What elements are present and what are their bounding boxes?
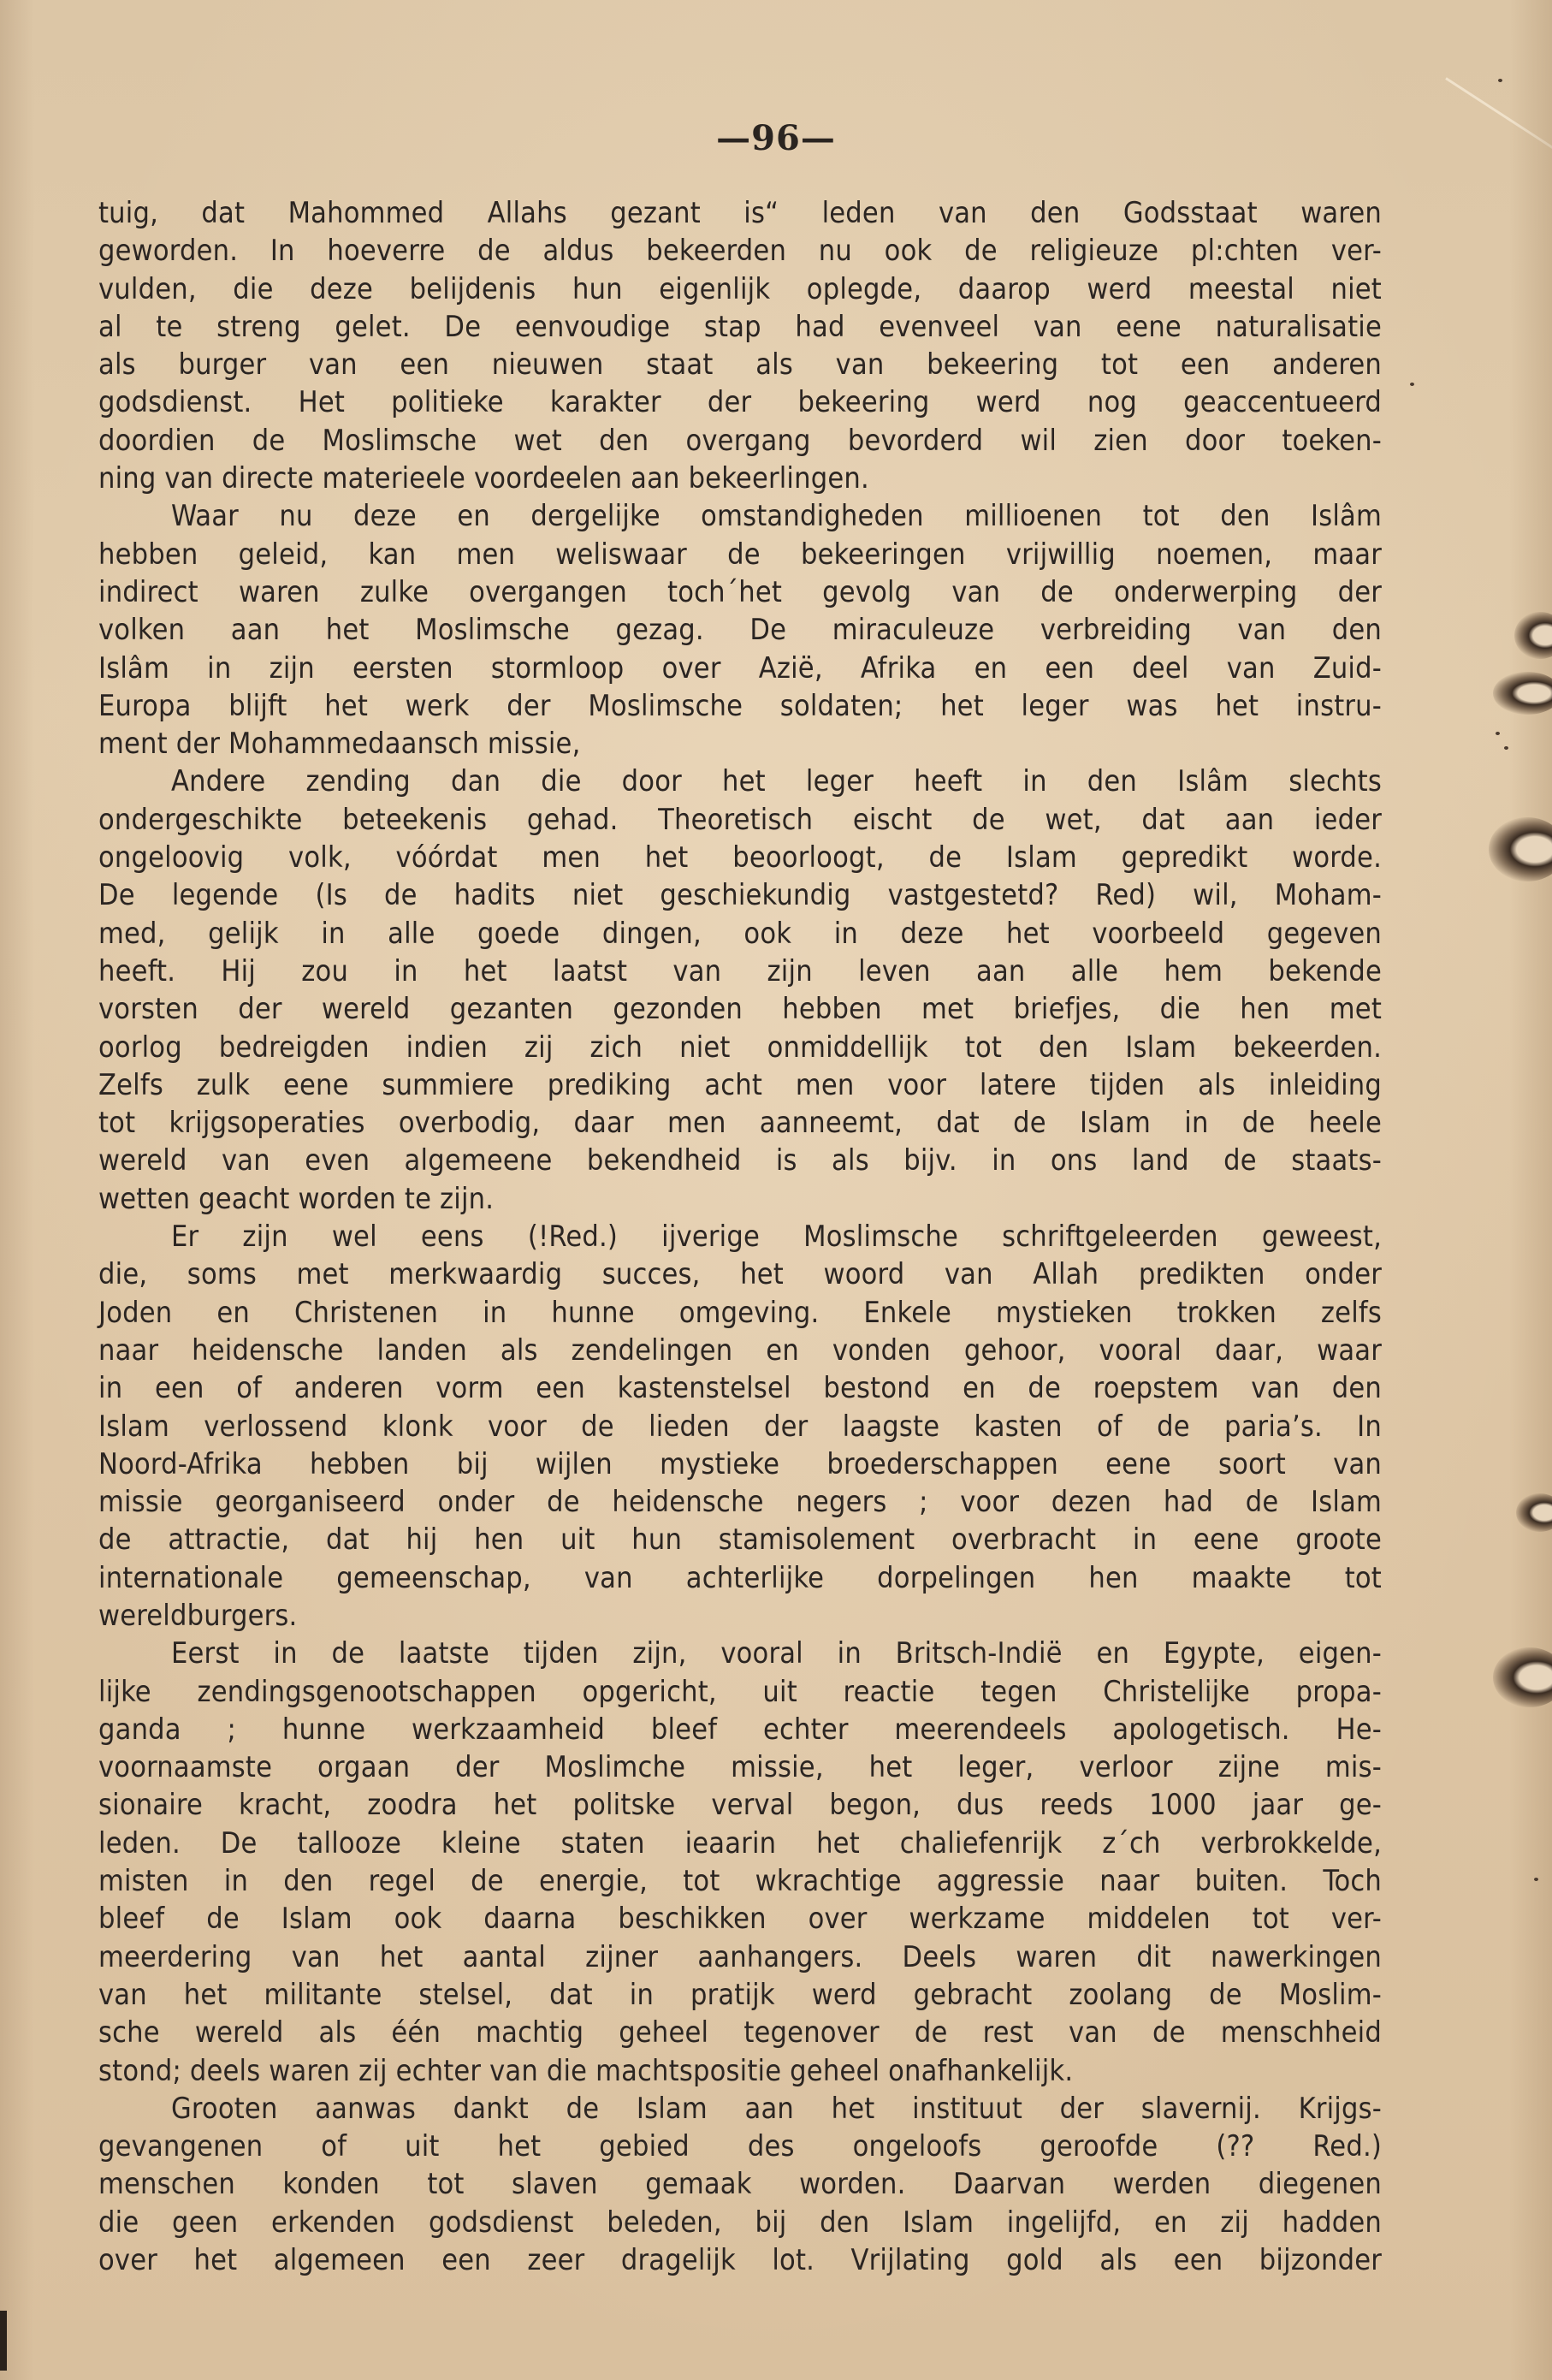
page-number: —96— — [0, 118, 1552, 158]
text-line: stond; deels waren zij echter van die ma… — [98, 2052, 1382, 2090]
text-line: misten in den regel de energie, tot wkra… — [98, 1862, 1382, 1900]
text-line: oorlog bedreigden indien zij zich niet o… — [98, 1029, 1382, 1066]
text-line: van het militante stelsel, dat in pratij… — [98, 1976, 1382, 2014]
text-line: tuig, dat Mahommed Allahs gezant is“ led… — [98, 194, 1382, 232]
text-line: doordien de Moslimsche wet den overgang … — [98, 422, 1382, 460]
text-line: Grooten aanwas dankt de Islam aan het in… — [98, 2090, 1382, 2128]
text-line: De legende (Is de hadits niet geschiekun… — [98, 876, 1382, 914]
ink-speck — [1496, 732, 1500, 735]
text-line: naar heidensche landen als zendelingen e… — [98, 1332, 1382, 1369]
text-line: Er zijn wel eens (!Red.) ijverige Moslim… — [98, 1218, 1382, 1255]
text-line: tot krijgsoperaties overbodig, daar men … — [98, 1104, 1382, 1142]
text-line: Europa blijft het werk der Moslimsche so… — [98, 687, 1382, 725]
text-line: lijke zendingsgenootschappen opgericht, … — [98, 1673, 1382, 1711]
text-line: ondergeschikte beteekenis gehad. Theoret… — [98, 801, 1382, 839]
text-line: indirect waren zulke overgangen toch´het… — [98, 573, 1382, 611]
text-line: missie georganiseerd onder de heidensche… — [98, 1483, 1382, 1521]
body-text: tuig, dat Mahommed Allahs gezant is“ led… — [98, 194, 1382, 2279]
text-line: ment der Mohammedaansch missie, — [98, 725, 1382, 763]
text-line: Noord-Afrika hebben bij wijlen mystieke … — [98, 1445, 1382, 1483]
text-line: gevangenen of uit het gebied des ongeloo… — [98, 2128, 1382, 2165]
ink-speck — [1504, 746, 1508, 750]
text-line: de attractie, dat hij hen uit hun stamis… — [98, 1521, 1382, 1558]
text-line: menschen konden tot slaven gemaak worden… — [98, 2165, 1382, 2203]
ink-speck — [1498, 79, 1502, 82]
text-line: over het algemeen een zeer dragelijk lot… — [98, 2241, 1382, 2279]
text-line: internationale gemeenschap, van achterli… — [98, 1559, 1382, 1597]
text-line: sche wereld als één machtig geheel tegen… — [98, 2014, 1382, 2051]
text-line: Eerst in de laatste tijden zijn, vooral … — [98, 1635, 1382, 1672]
text-line: leden. De tallooze kleine staten ieaarin… — [98, 1825, 1382, 1862]
text-line: volken aan het Moslimsche gezag. De mira… — [98, 611, 1382, 649]
burn-mark-icon — [1489, 817, 1552, 881]
text-line: ongeloovig volk, vóórdat men het beoorlo… — [98, 839, 1382, 876]
page-gutter-shadow — [0, 0, 34, 2380]
scanned-book-page: —96— tuig, dat Mahommed Allahs gezant is… — [0, 0, 1552, 2380]
text-line: vorsten der wereld gezanten gezonden heb… — [98, 990, 1382, 1028]
text-line: voornaamste orgaan der Moslimche missie,… — [98, 1748, 1382, 1786]
text-line: hebben geleid, kan men weliswaar de beke… — [98, 536, 1382, 573]
text-line: ganda ; hunne werkzaamheid bleef echter … — [98, 1711, 1382, 1748]
text-line: bleef de Islam ook daarna beschikken ove… — [98, 1900, 1382, 1938]
text-line: godsdienst. Het politieke karakter der b… — [98, 383, 1382, 421]
text-line: meerdering van het aantal zijner aanhang… — [98, 1938, 1382, 1976]
text-line: Zelfs zulk eene summiere prediking acht … — [98, 1066, 1382, 1104]
book-binding-edge — [0, 2311, 7, 2371]
text-line: al te streng gelet. De eenvoudige stap h… — [98, 308, 1382, 346]
text-line: ning van directe materieele voordeelen a… — [98, 460, 1382, 497]
text-line: Islâm in zijn eersten stormloop over Azi… — [98, 650, 1382, 687]
text-line: Islam verlossend klonk voor de lieden de… — [98, 1408, 1382, 1445]
text-line: heeft. Hij zou in het laatst van zijn le… — [98, 953, 1382, 990]
ink-speck — [1534, 1878, 1538, 1881]
text-line: wereldburgers. — [98, 1597, 1382, 1635]
text-line: Andere zending dan die door het leger he… — [98, 763, 1382, 800]
text-line: wetten geacht worden te zijn. — [98, 1180, 1382, 1218]
text-line: wereld van even algemeene bekendheid is … — [98, 1142, 1382, 1179]
text-line: med, gelijk in alle goede dingen, ook in… — [98, 915, 1382, 953]
text-line: sionaire kracht, zoodra het politske ver… — [98, 1786, 1382, 1824]
burn-mark-icon — [1493, 672, 1552, 715]
text-line: als burger van een nieuwen staat als van… — [98, 346, 1382, 383]
text-line: geworden. In hoeverre de aldus bekeerden… — [98, 232, 1382, 270]
text-line: vulden, die deze belijdenis hun eigenlij… — [98, 270, 1382, 308]
ink-speck — [1410, 383, 1414, 386]
text-line: Joden en Christenen in hunne omgeving. E… — [98, 1294, 1382, 1332]
page-edge-shadow — [1509, 0, 1552, 2380]
burn-mark-icon — [1493, 1647, 1552, 1707]
text-line: Waar nu deze en dergelijke omstandighede… — [98, 497, 1382, 535]
text-line: in een of anderen vorm een kastenstelsel… — [98, 1369, 1382, 1407]
text-line: die, soms met merkwaardig succes, het wo… — [98, 1255, 1382, 1293]
text-line: die geen erkenden godsdienst beleden, bi… — [98, 2204, 1382, 2241]
